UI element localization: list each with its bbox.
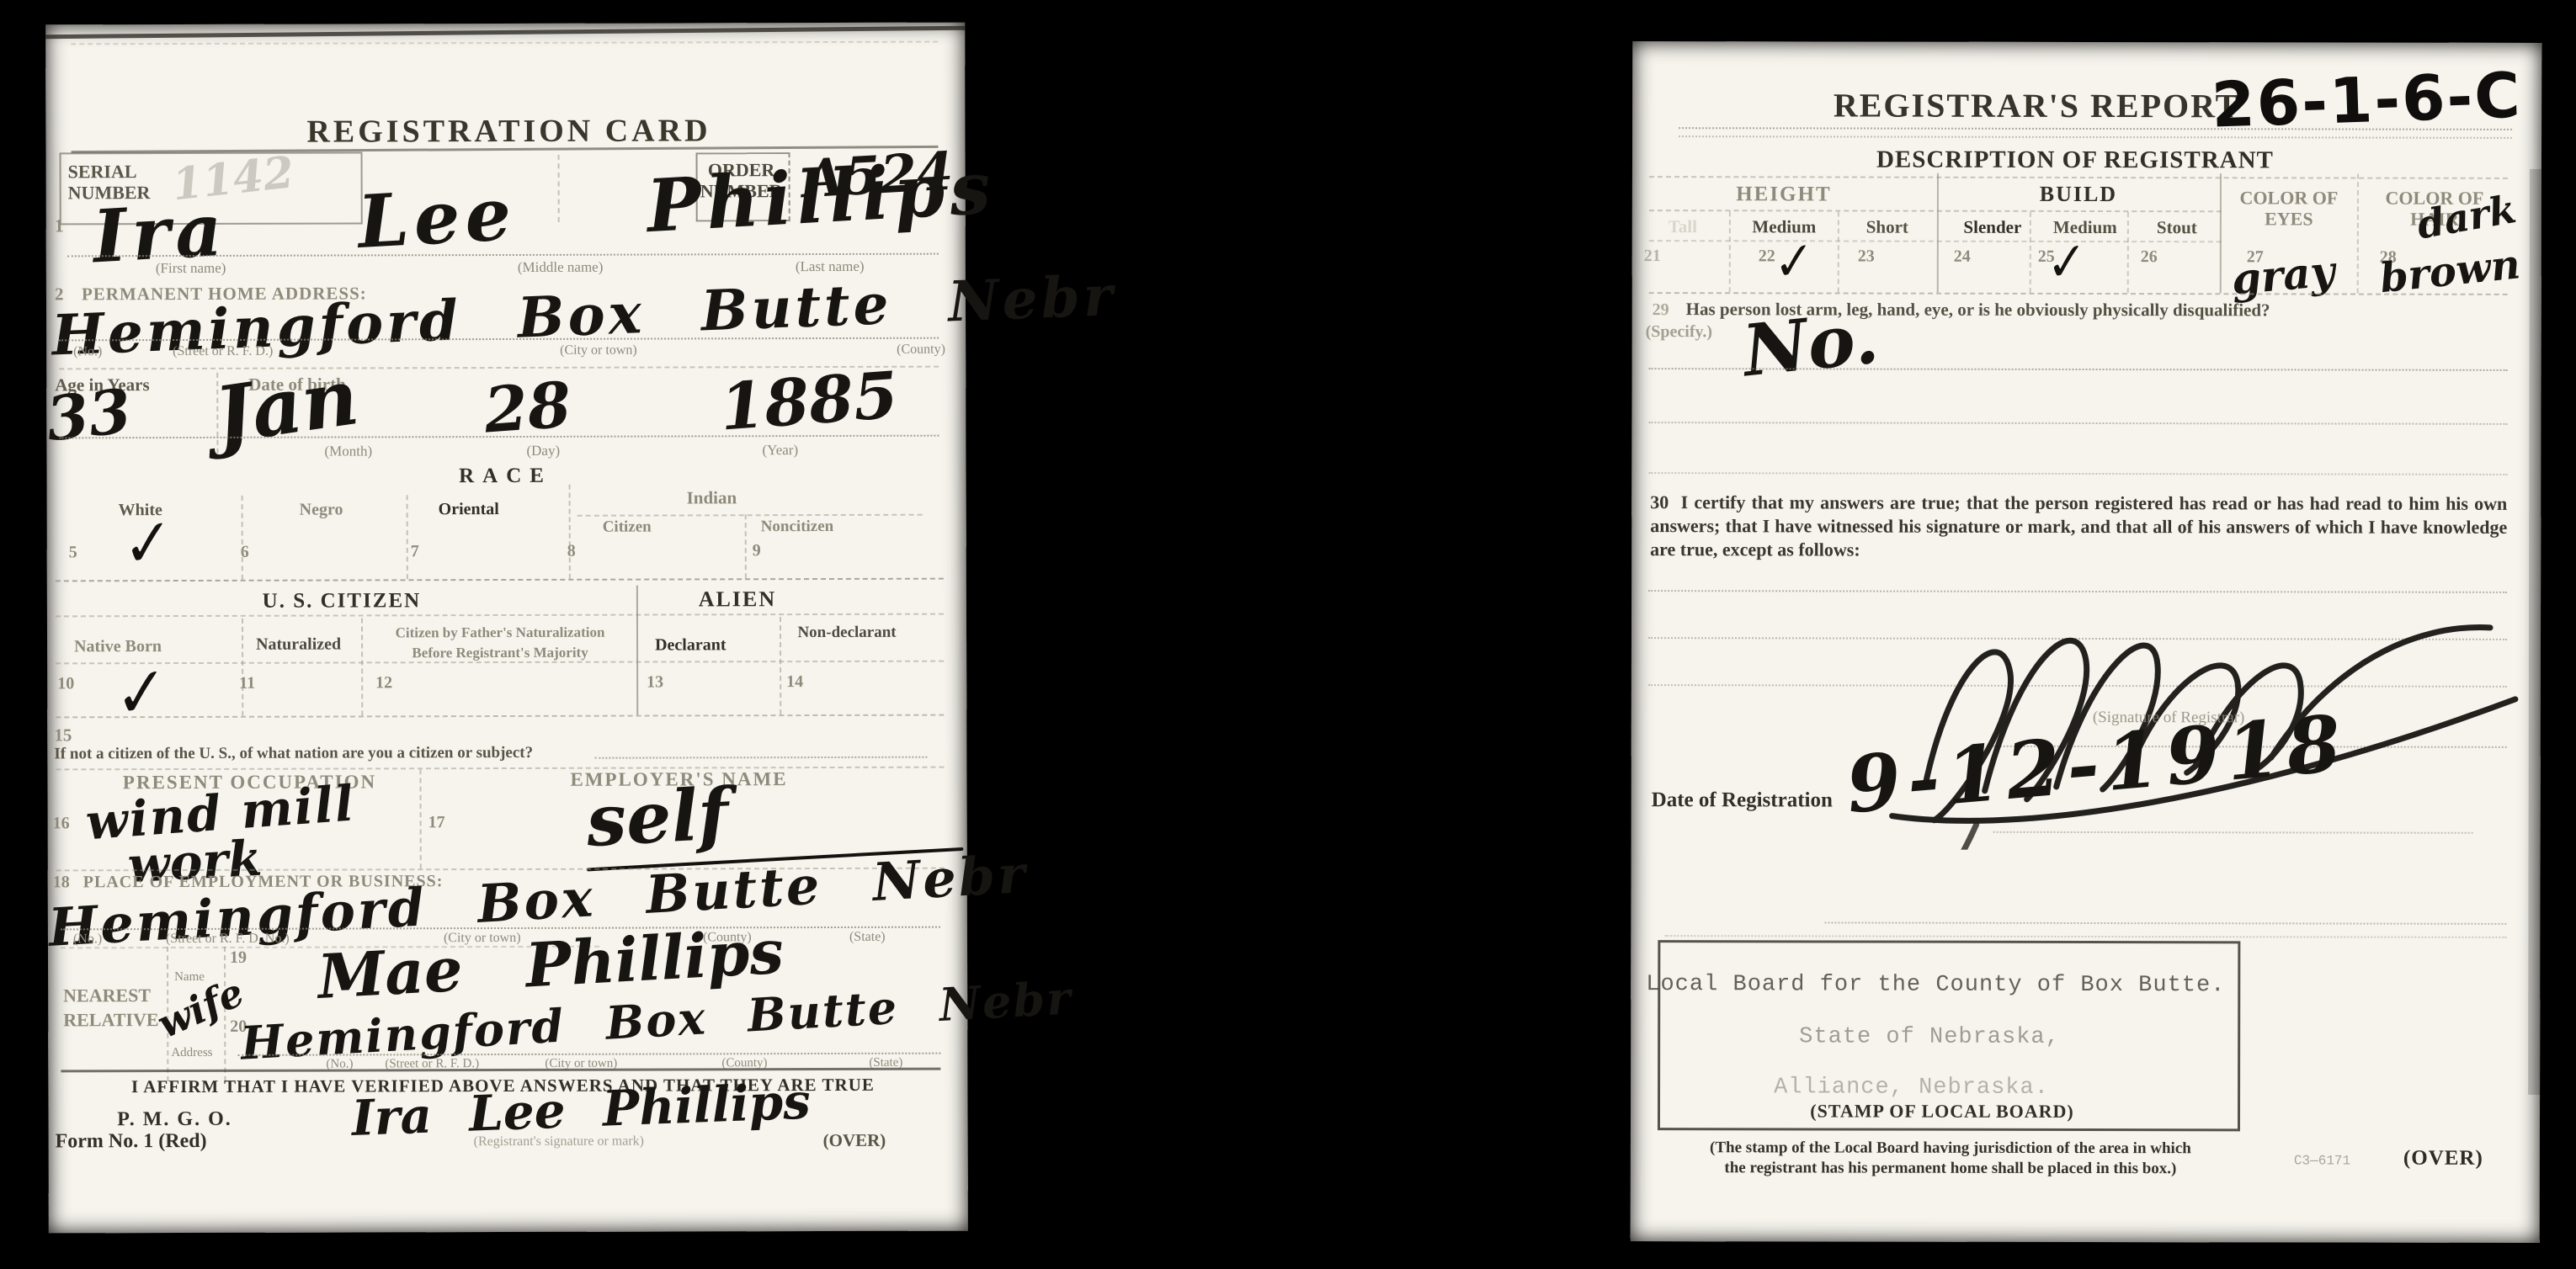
race-citizen-label: Citizen <box>603 518 652 537</box>
divider <box>1838 211 1839 292</box>
form-org: P. M. G. O. <box>73 1108 275 1132</box>
card-title: REGISTRATION CARD <box>256 112 761 151</box>
stamp-note-line1: (The stamp of the Local Board having jur… <box>1664 1139 2237 1158</box>
birth-year-value: 1885 <box>718 364 900 440</box>
declarant-label: Declarant <box>655 635 726 655</box>
line29-specify: (Specify.) <box>1646 322 1712 342</box>
line15-number: 15 <box>54 725 72 746</box>
line15-label: If not a citizen of the U. S., of what n… <box>54 744 533 763</box>
employer-value: self <box>584 778 730 857</box>
birth-day-value: 28 <box>482 374 573 442</box>
description-subtitle: DESCRIPTION OF REGISTRANT <box>1876 146 2272 175</box>
alien-header: ALIEN <box>636 587 838 613</box>
rule-line <box>61 1068 940 1073</box>
rule-line <box>1649 240 2222 242</box>
declarant-number: 13 <box>647 673 663 693</box>
native-born-number: 10 <box>57 674 74 693</box>
divider <box>745 514 747 578</box>
stamp-line2: State of Nebraska, <box>1799 1024 2060 1050</box>
birth-sublabel-month: (Month) <box>324 443 372 459</box>
stamp-line1: Local Board for the County of Box Butte. <box>1646 972 2225 998</box>
birth-sublabel-day: (Day) <box>526 443 560 459</box>
scan-edge-artifact <box>2528 169 2541 1095</box>
divider <box>2357 174 2359 294</box>
relative-address-sublabel: Address <box>171 1046 212 1060</box>
race-oriental-number: 7 <box>411 542 419 561</box>
line30-paragraph: 30 I certify that my answers are true; t… <box>1650 491 2507 563</box>
print-code: C3—6171 <box>2294 1153 2350 1168</box>
naturalized-label: Naturalized <box>256 635 341 655</box>
rule-line <box>1649 292 2508 295</box>
stamp-line3: Alliance, Nebraska. <box>1774 1075 2049 1101</box>
citizen-by-father-number: 12 <box>375 673 392 693</box>
eyes-header: COLOR OF EYES <box>2226 187 2352 230</box>
divider <box>1937 173 1939 293</box>
height-short-label: Short <box>1841 216 1934 237</box>
divider <box>419 769 421 868</box>
rule-line <box>1649 176 2508 179</box>
checkmark-icon: ✓ <box>2046 234 2088 290</box>
citizen-by-father-label-line2: Before Registrant's Majority <box>374 645 626 662</box>
line18-number: 18 <box>53 873 70 892</box>
race-white-number: 5 <box>69 543 77 562</box>
build-slender-label: Slender <box>1942 217 2043 238</box>
divider <box>242 619 243 716</box>
rule-line <box>56 661 944 665</box>
non-declarant-label: Non-declarant <box>796 624 897 643</box>
rule-line <box>1648 422 2507 425</box>
rule-line <box>56 613 944 618</box>
number-26: 26 <box>2141 247 2158 267</box>
rule-line <box>594 757 927 759</box>
form-number: Form No. 1 (Red) <box>56 1130 207 1153</box>
race-indian-label: Indian <box>687 487 737 508</box>
stamp-caption: (STAMP OF LOCAL BOARD) <box>1740 1100 2144 1123</box>
rule-line <box>71 41 938 45</box>
scan-edge-line <box>45 26 965 39</box>
address-sublabel-city: (City or town) <box>560 343 637 358</box>
checkmark-icon: ✓ <box>1773 233 1815 289</box>
checkmark-icon: ✓ <box>122 507 174 577</box>
registrant-signature-value: Ira Lee Phillips <box>351 1077 812 1143</box>
line30-text: I certify that my answers are true; that… <box>1650 491 2507 560</box>
registration-card-front: REGISTRATION CARD SERIAL NUMBER 1142 ORD… <box>45 23 968 1234</box>
non-declarant-number: 14 <box>786 672 803 692</box>
race-noncitizen-number: 9 <box>753 541 761 560</box>
divider <box>636 586 638 715</box>
divider <box>780 617 781 714</box>
number-21: 21 <box>1644 247 1661 266</box>
rule-line <box>1679 127 2512 130</box>
over-label-front: (OVER) <box>823 1130 886 1151</box>
hair-value-line2: brown <box>2378 244 2522 299</box>
birth-sublabel-year: (Year) <box>762 442 798 459</box>
build-header: BUILD <box>1948 182 2209 208</box>
rule-line <box>1648 472 2507 475</box>
us-citizen-header: U. S. CITIZEN <box>165 589 519 613</box>
number-23: 23 <box>1858 247 1875 267</box>
divider <box>361 618 363 715</box>
line1-number: 1 <box>55 215 64 236</box>
divider <box>569 485 571 579</box>
birth-month-value: Jan <box>210 358 363 454</box>
race-noncitizen-label: Noncitizen <box>761 518 834 536</box>
rule-line <box>1664 935 2506 938</box>
address-sublabel-street: (Street or R. F. D.) <box>173 344 273 359</box>
line16-number: 16 <box>53 814 70 833</box>
age-value: 33 <box>44 380 134 449</box>
line19-number: 19 <box>230 948 247 968</box>
divider <box>2030 212 2031 293</box>
race-title: RACE <box>383 465 627 489</box>
rule-line <box>1649 210 2222 212</box>
race-negro-label: Negro <box>300 501 343 520</box>
stamp-note-line2: the registrant has his permanent home sh… <box>1664 1159 2237 1178</box>
registrars-report-back: REGISTRAR'S REPORT 26-1-6-C DESCRIPTION … <box>1631 41 2541 1243</box>
address-sublabel-county: (County) <box>897 342 945 358</box>
divider <box>242 496 243 580</box>
race-oriental-label: Oriental <box>439 500 499 519</box>
divider <box>2127 212 2129 293</box>
line29-value: No. <box>1740 302 1881 386</box>
citizen-by-father-label-line1: Citizen by Father's Naturalization <box>374 624 626 642</box>
line17-number: 17 <box>428 813 445 832</box>
divider <box>2220 173 2222 293</box>
employment-sublabel-state: (State) <box>849 930 886 945</box>
employment-sublabel-street: (Street or R. F. D. No.) <box>166 932 290 947</box>
rule-line <box>56 714 944 719</box>
address-sublabel-no: (No.) <box>73 344 102 359</box>
registrant-signature-sublabel: (Registrant's signature or mark) <box>474 1134 644 1150</box>
build-stout-label: Stout <box>2131 217 2223 238</box>
checkmark-icon: ✓ <box>114 656 169 730</box>
first-name-sublabel: (First name) <box>156 260 226 277</box>
number-24: 24 <box>1954 247 1971 267</box>
rule-line <box>577 514 923 517</box>
divider <box>1729 211 1731 292</box>
rule-line <box>1679 135 2512 139</box>
rule-line <box>1824 921 2506 924</box>
height-tall-label: Tall <box>1637 216 1729 237</box>
line29-number: 29 <box>1653 300 1669 320</box>
divider <box>407 495 408 579</box>
middle-name-sublabel: (Middle name) <box>518 259 604 276</box>
employment-sublabel-no: (No.) <box>73 932 102 947</box>
rule-line <box>56 578 944 582</box>
line30-number: 30 <box>1650 491 1669 512</box>
registration-date-label: Date of Registration <box>1652 788 1833 812</box>
over-label-back: (OVER) <box>2403 1147 2483 1171</box>
height-header: HEIGHT <box>1683 183 1885 206</box>
report-title: REGISTRAR'S REPORT <box>1826 85 2247 125</box>
